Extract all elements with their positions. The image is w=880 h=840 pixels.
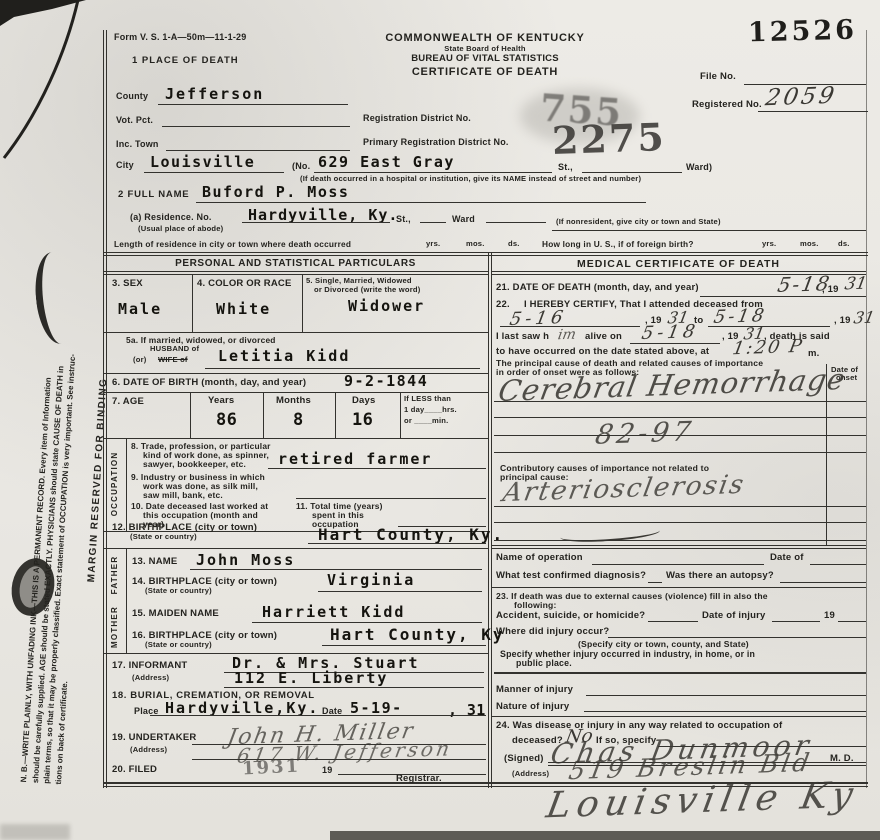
row22-separator [491,587,866,588]
filed-date-stamp: 1931 [241,755,300,779]
wife-of-label: WIFE of [158,356,188,364]
abode-note: (Usual place of abode) [138,225,223,233]
form-left-border-inner [106,30,107,788]
age-months-value: 8 [293,410,304,430]
undertaker-label: 19. UNDERTAKER [112,733,196,743]
burial-underline [150,715,486,716]
mother-birthplace-underline [322,645,486,646]
married-widowed-label: 5a. If married, widowed, or divorced [126,336,276,345]
row5a-bottom-rule [103,373,488,374]
age-label: 7. AGE [112,397,144,407]
row6-bottom-rule [103,392,488,393]
external-causes-line2: following: [514,601,557,610]
mother-side-label: MOTHER [110,601,119,653]
city-label: City [116,161,134,170]
color-marital-divider [302,274,303,332]
registration-district-label: Registration District No. [363,114,471,123]
certificate-title: CERTIFICATE OF DEATH [340,67,630,79]
sex-label: 3. SEX [112,279,143,289]
foreign-birth-label: How long in U. S., if of foreign birth? [542,240,694,249]
accident-label: Accident, suicide, or homicide? [496,611,645,621]
attended-to-year: 31 [852,308,876,328]
county-label: County [116,92,148,101]
injury-19-label: 19 [824,611,835,621]
header-separator-1 [103,252,868,253]
injury-date-underline [772,621,820,622]
father-divider [126,548,127,653]
operation-label: Name of operation [496,553,583,563]
operation-date-underline [810,564,866,565]
contributory-line-2 [494,522,866,523]
burial-year-value: , 31 [448,701,486,719]
last-saw-label2: alive on [585,332,622,342]
date-of-death-19: , 19 [822,285,839,295]
nonresident-underline [552,230,866,231]
injury-19-underline [838,621,866,622]
signed-address-label: (Address) [512,770,549,778]
age-months-label: Months [276,396,311,406]
husband-of-label: HUSBAND of [150,345,199,353]
cause-line-3 [494,435,866,436]
foreign-yrs-label: yrs. [762,240,776,248]
row12-bottom-rule [103,548,488,549]
length-mos-label: mos. [466,240,485,248]
sex-value: Male [118,300,162,318]
center-divider-1 [488,252,489,788]
street-underline [314,172,552,173]
birthplace-state-note: (State or country) [130,533,197,541]
operation-date-label: Date of [770,553,804,563]
test-underline [648,582,662,583]
registered-no-label: Registered No. [692,100,762,110]
length-yrs-label: yrs. [426,240,440,248]
father-birthplace-underline [318,591,482,592]
age-divider-4 [400,392,401,438]
inc-town-label: Inc. Town [116,140,159,149]
personal-title-rule1 [103,271,488,272]
if-less-line2: 1 day____hrs. [404,406,457,414]
father-side-text: FATHER [110,556,119,595]
marital-value: Widower [348,297,425,315]
street-value: 629 East Gray [318,153,455,171]
father-name-label: 13. NAME [132,557,177,567]
autopsy-label: Was there an autopsy? [666,571,774,581]
vot-pct-label: Vot. Pct. [116,116,153,125]
row24-separator [491,716,866,717]
nonresident-note: (If nonresident, give city or town and S… [556,218,721,226]
informant-address-label: (Address) [132,674,169,682]
date-of-death-year: 31 [843,274,868,295]
residence-underline [242,222,390,223]
informant-address-underline [224,687,484,688]
medical-section-title: MEDICAL CERTIFICATE OF DEATH [491,259,866,270]
contributory-line-1 [494,506,866,507]
injury-date-label: Date of injury [702,611,766,621]
primary-registration-label: Primary Registration District No. [363,138,509,147]
cause-code-script: 82-97 [593,416,697,450]
header-separator-2 [103,255,868,256]
last-saw-underline [630,343,720,344]
state-board-heading: State Board of Health [340,45,630,53]
full-name-value: Buford P. Moss [202,183,349,201]
specify-underline [494,672,866,674]
where-injury-underline [608,637,866,638]
father-name-underline [190,569,482,570]
undertaker-address-label: (Address) [130,746,167,754]
center-divider-2 [491,252,492,788]
informant-label: 17. INFORMANT [112,661,187,671]
marital-label-line2: or Divorced (write the word) [314,286,420,294]
registrar-label: Registrar. [396,774,442,784]
county-underline [158,104,348,105]
industry-underline [296,498,486,499]
residence-ward-underline2 [486,222,546,223]
residence-label: (a) Residence. No. [130,213,212,222]
row7-bottom-rule [103,438,488,439]
time-of-death-value: 1:20 P [731,336,805,359]
manner-underline [586,695,866,696]
personal-title-rule2 [103,274,488,275]
test-label: What test confirmed diagnosis? [496,571,646,581]
age-days-label: Days [352,396,376,406]
place-of-death-heading: 1 PLACE OF DEATH [132,56,239,66]
age-divider-2 [263,392,264,438]
nature-underline [584,711,866,712]
signed-label: (Signed) [504,754,544,764]
residence-ward-underline1 [420,222,446,223]
filed-19-label: 19 [322,766,332,775]
filed-label: 20. FILED [112,765,157,775]
residence-st-label: St., [396,215,411,224]
attended-to-underline [708,326,830,327]
attended-to-19: , 19 [834,316,851,326]
spouse-underline [205,368,480,369]
specify-whether-line2: public place. [516,659,572,668]
birthplace-value: Hart County, Ky. [318,525,504,544]
form-number: Form V. S. 1-A—50m—11-1-29 [114,33,246,42]
time-m-label: m. [808,349,820,359]
mother-side-text: MOTHER [110,606,119,648]
age-years-label: Years [208,396,234,406]
commonwealth-heading: COMMONWEALTH OF KENTUCKY [340,33,630,45]
dob-value: 9-2-1844 [344,372,428,390]
scan-bottom-band [330,831,880,840]
industry-label-line3: saw mill, bank, etc. [143,491,223,500]
father-birthplace-value: Virginia [327,571,415,589]
trade-underline [268,468,486,469]
form-right-border [866,30,867,788]
cause-line-1 [494,401,866,402]
operation-underline [592,564,764,565]
occurred-at-label: to have occurred on the date stated abov… [496,347,709,357]
last-saw-date: 5-18 [640,321,701,344]
hospital-note: (If death occurred in a hospital or inst… [300,175,641,183]
father-state-note: (State or country) [145,587,212,595]
father-side-label: FATHER [110,550,119,600]
vot-pct-underline [162,126,350,127]
form-left-border-outer [103,30,104,788]
street-st-label: St., [558,163,573,172]
age-divider-3 [335,392,336,438]
certificate-stamp-number: 12526 [748,15,858,49]
county-value: Jefferson [165,85,264,103]
inc-town-underline [166,150,350,151]
last-saw-label1: I last saw h [496,332,549,342]
marital-label-line1: 5. Single, Married, Widowed [306,277,412,285]
spouse-name-value: Letitia Kidd [218,347,350,365]
file-no-label: File No. [700,72,736,82]
dob-label: 6. DATE OF BIRTH (month, day, and year) [112,378,306,388]
bureau-heading: BUREAU OF VITAL STATISTICS [340,54,630,64]
registered-no-underline [758,111,868,112]
foreign-ds-label: ds. [838,240,850,248]
street-no-label: (No. [292,162,310,171]
age-days-value: 16 [352,410,373,430]
row5-bottom-rule [103,332,488,333]
personal-section-title: PERSONAL AND STATISTICAL PARTICULARS [103,259,488,270]
if-less-line1: If LESS than [404,395,451,403]
occupation-side-text: OCCUPATION [110,452,119,517]
city-underline [144,172,284,173]
contributory-line-3 [494,540,866,541]
occupation-side-label: OCCUPATION [110,440,119,528]
nature-injury-label: Nature of injury [496,702,569,712]
mother-name-value: Harriett Kidd [262,603,405,621]
age-years-value: 86 [216,410,237,430]
occupation-related-line1: 24. Was disease or injury in any way rel… [496,721,782,731]
full-name-label: 2 FULL NAME [118,190,189,200]
trade-value: retired farmer [278,450,432,468]
primary-registration-stamp: 2275 [551,114,666,163]
age-divider-1 [190,392,191,438]
mother-name-label: 15. MAIDEN NAME [132,609,219,619]
length-residence-label: Length of residence in city or town wher… [114,240,351,249]
dod-underline [700,296,866,297]
death-certificate-scan: MARGIN RESERVED FOR BINDING N. B.—WRITE … [0,0,880,840]
onset-box-bottom-1 [491,545,866,546]
certify-number: 22. [496,300,510,310]
informant-address-value: 112 E. Liberty [234,669,388,687]
undertaker-address-underline [192,759,486,760]
mother-state-note: (State or country) [145,641,212,649]
accident-underline [648,621,698,622]
date-of-death-label: 21. DATE OF DEATH (month, day, and year) [496,283,699,293]
manner-injury-label: Manner of injury [496,685,573,695]
ward-label: Ward) [686,163,712,172]
occupation-divider [126,438,127,531]
if-less-line3: or ____min. [404,417,448,425]
trade-label-line3: sawyer, bookkeeper, etc. [143,460,246,469]
mother-birthplace-value: Hart County, Ky [330,625,505,644]
or-label: (or) [133,356,146,364]
cause-line-4 [494,452,866,453]
autopsy-underline [780,582,866,583]
residence-ward-label: Ward [452,215,475,224]
ward-underline [582,172,682,173]
registered-no-value: 2059 [763,83,839,111]
length-ds-label: ds. [508,240,520,248]
onset-box-bottom-2 [491,548,866,549]
city-value: Louisville [150,153,255,171]
foreign-mos-label: mos. [800,240,819,248]
father-name-value: John Moss [196,551,295,569]
birthplace-underline [308,543,486,544]
sex-color-divider [192,274,193,332]
last-saw-fill: im [557,327,578,344]
scan-bottom-left-smudge [0,824,70,840]
color-race-value: White [216,300,271,318]
where-injury-label: Where did injury occur? [496,627,609,637]
specify-city-note: (Specify city or town, county, and State… [578,640,749,649]
full-name-underline [196,202,646,203]
mother-name-underline [252,622,482,623]
color-race-label: 4. COLOR OR RACE [197,279,292,289]
